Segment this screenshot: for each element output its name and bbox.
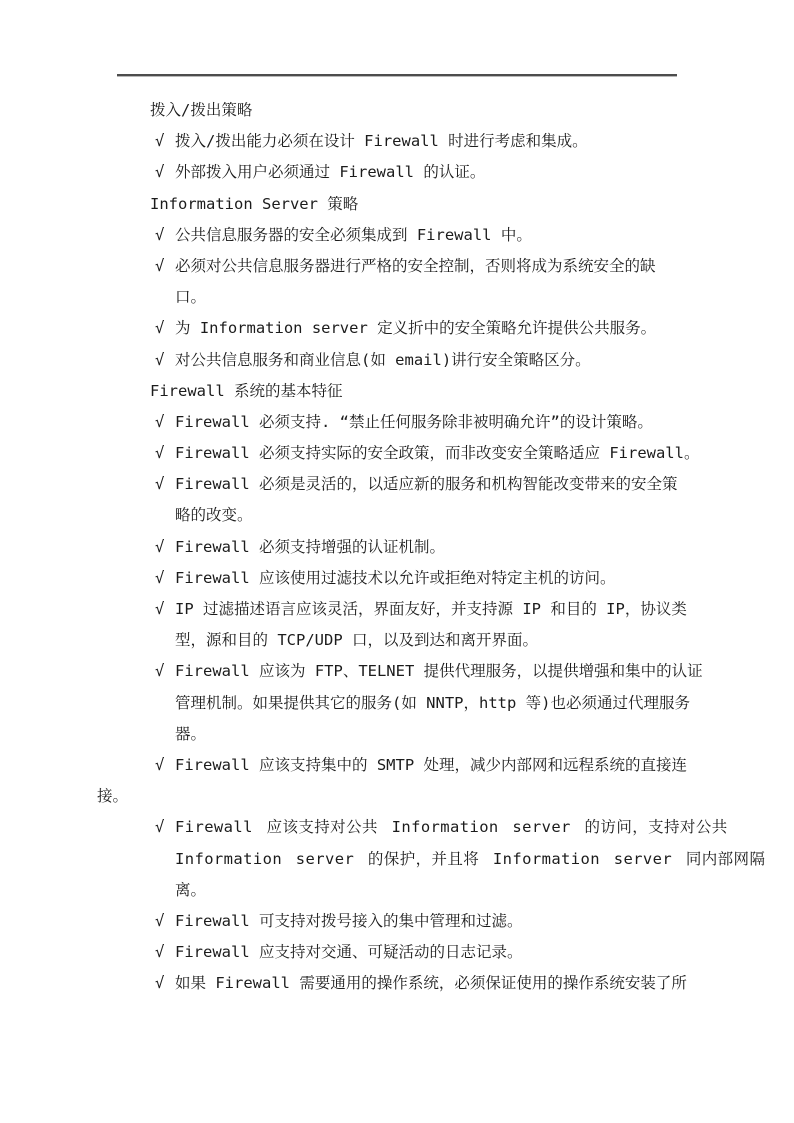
check-mark-icon: √: [155, 968, 175, 999]
line-text: Firewall 必须支持增强的认证机制。: [175, 538, 445, 556]
check-mark-icon: √: [155, 438, 175, 469]
line-text: 器。: [175, 725, 206, 743]
line-text: 接。: [97, 787, 128, 805]
line-text: 外部拨入用户必须通过 Firewall 的认证。: [175, 163, 485, 181]
line-text: 略的改变。: [175, 506, 253, 524]
text-line: Information server 的保护，并且将 Information s…: [97, 844, 737, 875]
line-text: 必须对公共信息服务器进行严格的安全控制，否则将成为系统安全的缺: [175, 257, 656, 275]
line-text: 拨入/拨出能力必须在设计 Firewall 时进行考虑和集成。: [175, 132, 588, 150]
check-mark-icon: √: [155, 532, 175, 563]
checklist-item: √Firewall 必须支持实际的安全政策，而非改变安全策略适应 Firewal…: [97, 438, 737, 469]
section-heading: 拨入/拨出策略: [97, 95, 737, 126]
line-text: Information server 的保护，并且将 Information s…: [175, 850, 765, 868]
line-text: 离。: [175, 881, 206, 899]
checklist-item: √Firewall 必须支持. “禁止任何服务除非被明确允许”的设计策略。: [97, 407, 737, 438]
header-rule: [117, 74, 677, 76]
check-mark-icon: √: [155, 469, 175, 500]
check-mark-icon: √: [155, 313, 175, 344]
checklist-item: √Firewall 应该支持集中的 SMTP 处理，减少内部网和远程系统的直接连: [97, 750, 737, 781]
line-text: 拨入/拨出策略: [150, 101, 252, 119]
line-text: Firewall 系统的基本特征: [150, 382, 343, 400]
checklist-item: √Firewall 应该支持对公共 Information server 的访问…: [97, 812, 737, 843]
check-mark-icon: √: [155, 251, 175, 282]
checklist-item: √IP 过滤描述语言应该灵活，界面友好，并支持源 IP 和目的 IP，协议类: [97, 594, 737, 625]
checklist-item: √Firewall 可支持对拨号接入的集中管理和过滤。: [97, 906, 737, 937]
line-text: Firewall 应该为 FTP、TELNET 提供代理服务，以提供增强和集中的…: [175, 662, 703, 680]
text-line: 口。: [97, 282, 737, 313]
checklist-item: √为 Information server 定义折中的安全策略允许提供公共服务。: [97, 313, 737, 344]
checklist-item: √公共信息服务器的安全必须集成到 Firewall 中。: [97, 220, 737, 251]
line-text: Firewall 必须支持. “禁止任何服务除非被明确允许”的设计策略。: [175, 413, 653, 431]
line-text: 型，源和目的 TCP/UDP 口，以及到达和离开界面。: [175, 631, 538, 649]
line-text: 公共信息服务器的安全必须集成到 Firewall 中。: [175, 226, 532, 244]
text-line: 离。: [97, 875, 737, 906]
text-line: 管理机制。如果提供其它的服务(如 NNTP，http 等)也必须通过代理服务: [97, 688, 737, 719]
line-text: 管理机制。如果提供其它的服务(如 NNTP，http 等)也必须通过代理服务: [175, 694, 690, 712]
checklist-item: √Firewall 必须是灵活的，以适应新的服务和机构智能改变带来的安全策: [97, 469, 737, 500]
line-text: Information Server 策略: [150, 195, 358, 213]
checklist-item: √外部拨入用户必须通过 Firewall 的认证。: [97, 157, 737, 188]
check-mark-icon: √: [155, 563, 175, 594]
check-mark-icon: √: [155, 407, 175, 438]
checklist-item: √如果 Firewall 需要通用的操作系统，必须保证使用的操作系统安装了所: [97, 968, 737, 999]
text-line: 型，源和目的 TCP/UDP 口，以及到达和离开界面。: [97, 625, 737, 656]
line-text: 对公共信息服务和商业信息(如 email)讲行安全策略区分。: [175, 351, 591, 369]
section-heading: Firewall 系统的基本特征: [97, 376, 737, 407]
line-text: Firewall 应该支持集中的 SMTP 处理，减少内部网和远程系统的直接连: [175, 756, 687, 774]
check-mark-icon: √: [155, 937, 175, 968]
text-line: 器。: [97, 719, 737, 750]
check-mark-icon: √: [155, 594, 175, 625]
line-text: 口。: [175, 288, 206, 306]
document-page: 拨入/拨出策略√拨入/拨出能力必须在设计 Firewall 时进行考虑和集成。√…: [0, 0, 794, 1123]
checklist-item: √拨入/拨出能力必须在设计 Firewall 时进行考虑和集成。: [97, 126, 737, 157]
checklist-item: √必须对公共信息服务器进行严格的安全控制，否则将成为系统安全的缺: [97, 251, 737, 282]
text-line: 接。: [97, 781, 737, 812]
check-mark-icon: √: [155, 812, 175, 843]
checklist-item: √Firewall 应该为 FTP、TELNET 提供代理服务，以提供增强和集中…: [97, 656, 737, 687]
line-text: Firewall 应该使用过滤技术以允许或拒绝对特定主机的访问。: [175, 569, 616, 587]
check-mark-icon: √: [155, 750, 175, 781]
check-mark-icon: √: [155, 656, 175, 687]
line-text: 如果 Firewall 需要通用的操作系统，必须保证使用的操作系统安装了所: [175, 974, 687, 992]
checklist-item: √Firewall 必须支持增强的认证机制。: [97, 532, 737, 563]
checklist-item: √Firewall 应支持对交通、可疑活动的日志记录。: [97, 937, 737, 968]
line-text: 为 Information server 定义折中的安全策略允许提供公共服务。: [175, 319, 656, 337]
check-mark-icon: √: [155, 906, 175, 937]
check-mark-icon: √: [155, 220, 175, 251]
checklist-item: √对公共信息服务和商业信息(如 email)讲行安全策略区分。: [97, 345, 737, 376]
document-content: 拨入/拨出策略√拨入/拨出能力必须在设计 Firewall 时进行考虑和集成。√…: [97, 95, 737, 999]
line-text: Firewall 可支持对拨号接入的集中管理和过滤。: [175, 912, 523, 930]
check-mark-icon: √: [155, 157, 175, 188]
check-mark-icon: √: [155, 345, 175, 376]
line-text: Firewall 应支持对交通、可疑活动的日志记录。: [175, 943, 523, 961]
line-text: Firewall 必须是灵活的，以适应新的服务和机构智能改变带来的安全策: [175, 475, 678, 493]
checklist-item: √Firewall 应该使用过滤技术以允许或拒绝对特定主机的访问。: [97, 563, 737, 594]
text-line: 略的改变。: [97, 500, 737, 531]
line-text: Firewall 必须支持实际的安全政策，而非改变安全策略适应 Firewall…: [175, 444, 699, 462]
line-text: IP 过滤描述语言应该灵活，界面友好，并支持源 IP 和目的 IP，协议类: [175, 600, 687, 618]
line-text: Firewall 应该支持对公共 Information server 的访问，…: [175, 818, 728, 836]
section-heading: Information Server 策略: [97, 189, 737, 220]
check-mark-icon: √: [155, 126, 175, 157]
